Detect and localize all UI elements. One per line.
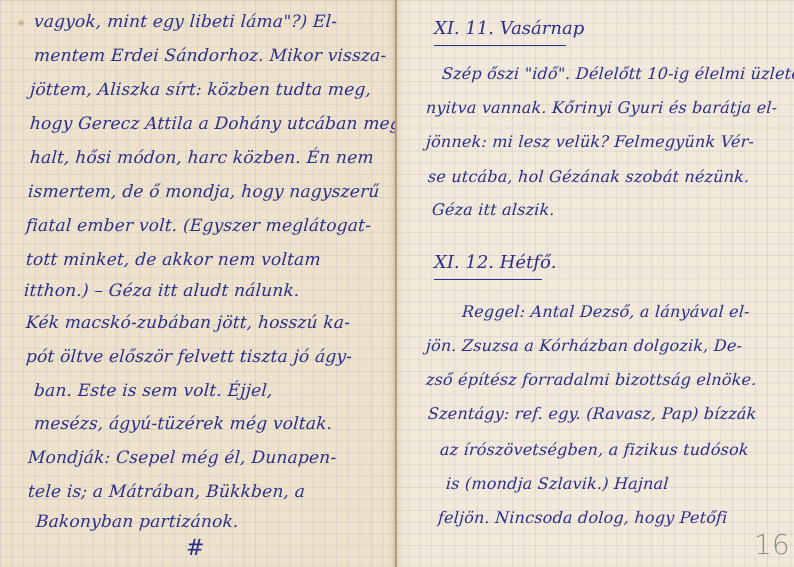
right-line-9: Szentágy: ref. egy. (Ravasz, Pap) bízzák xyxy=(427,404,757,423)
left-line-7: fiatal ember volt. (Egyszer meglátogat- xyxy=(25,216,372,236)
right-line-6: Reggel: Antal Dezső, a lányával el- xyxy=(461,302,750,321)
right-line-10: az írószövetségben, a fizikus tudósok xyxy=(439,440,749,459)
notebook-spread: vagyok, mint egy libeti láma"?) El- ment… xyxy=(0,0,794,567)
end-mark: # xyxy=(186,536,204,561)
left-line-10: Kék macskó-zubában jött, hosszú ka- xyxy=(25,313,351,333)
left-line-2: mentem Erdei Sándorhoz. Mikor vissza- xyxy=(33,46,387,66)
left-line-15: tele is; a Mátrában, Bükkben, a xyxy=(27,482,306,502)
page-number: 16 xyxy=(754,528,790,561)
left-line-1: vagyok, mint egy libeti láma"?) El- xyxy=(33,12,338,32)
right-line-3: jönnek: mi lesz velük? Felmegyünk Vér- xyxy=(425,132,754,151)
left-page: vagyok, mint egy libeti láma"?) El- ment… xyxy=(0,0,396,567)
left-line-16: Bakonyban partizánok. xyxy=(35,512,239,532)
left-line-6: ismertem, de ő mondja, hogy nagyszerű xyxy=(27,182,380,202)
left-line-9: itthon.) – Géza itt aludt nálunk. xyxy=(23,281,300,301)
right-line-11: is (mondja Szlavik.) Hajnal xyxy=(445,474,669,493)
left-line-12: ban. Este is sem volt. Éjjel, xyxy=(33,381,273,401)
left-line-11: pót öltve először felvett tiszta jó ágy- xyxy=(25,347,353,367)
right-line-12: feljön. Nincsoda dolog, hogy Petőfi xyxy=(437,508,728,527)
entry-heading-nov-12: XI. 12. Hétfő. xyxy=(434,252,542,280)
right-line-4: se utcába, hol Gézának szobát nézünk. xyxy=(427,167,750,186)
left-line-4: hogy Gerecz Attila a Dohány utcában meg- xyxy=(29,114,407,134)
left-line-13: mesézs, ágyú-tüzérek még voltak. xyxy=(33,414,333,434)
left-line-3: jöttem, Aliszka sírt: közben tudta meg, xyxy=(29,80,372,100)
ink-stain xyxy=(18,20,24,26)
right-line-7: jön. Zsuzsa a Kórházban dolgozik, De- xyxy=(425,336,743,355)
left-line-14: Mondják: Csepel még él, Dunapen- xyxy=(27,448,337,468)
right-page: XI. 11. Vasárnap Szép őszi "idő". Délelő… xyxy=(396,0,794,567)
right-line-5: Géza itt alszik. xyxy=(431,200,555,219)
notebook-spine xyxy=(395,0,397,567)
right-line-2: nyitva vannak. Kőrinyi Gyuri és barátja … xyxy=(425,98,778,117)
left-line-8: tott minket, de akkor nem voltam xyxy=(25,250,321,270)
right-line-1: Szép őszi "idő". Délelőtt 10-ig élelmi ü… xyxy=(441,64,794,83)
left-line-5: halt, hősi módon, harc közben. Én nem xyxy=(29,148,374,168)
entry-heading-nov-11: XI. 11. Vasárnap xyxy=(434,18,566,46)
right-line-8: zső építész forradalmi bizottság elnöke. xyxy=(425,370,757,389)
